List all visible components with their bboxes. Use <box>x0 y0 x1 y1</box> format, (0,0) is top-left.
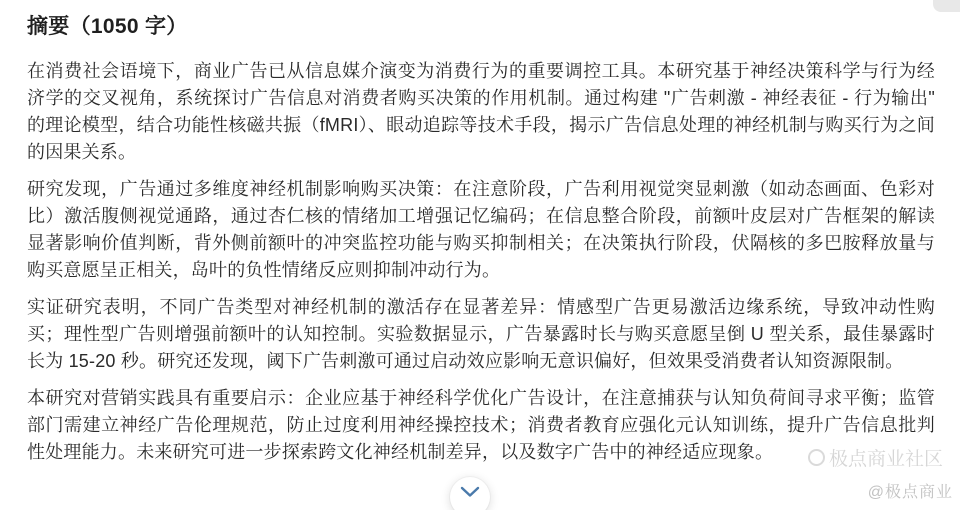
abstract-section: 摘要（1050 字） 在消费社会语境下，商业广告已从信息媒介演变为消费行为的重要… <box>27 12 935 476</box>
chevron-down-icon <box>460 486 480 498</box>
page-title: 摘要（1050 字） <box>27 12 935 42</box>
abstract-paragraph-4: 本研究对营销实践具有重要启示：企业应基于神经科学优化广告设计，在注意捕获与认知负… <box>27 385 935 466</box>
watermark-bottom-text: @极点商业 <box>868 479 953 502</box>
expand-more-button[interactable] <box>450 477 490 510</box>
abstract-paragraph-3: 实证研究表明，不同广告类型对神经机制的激活存在显著差异：情感型广告更易激活边缘系… <box>27 294 935 375</box>
corner-watermark-fragment <box>933 0 960 12</box>
abstract-paragraph-1: 在消费社会语境下，商业广告已从信息媒介演变为消费行为的重要调控工具。本研究基于神… <box>27 58 935 166</box>
abstract-paragraph-2: 研究发现，广告通过多维度神经机制影响购买决策：在注意阶段，广告利用视觉突显刺激（… <box>27 176 935 284</box>
